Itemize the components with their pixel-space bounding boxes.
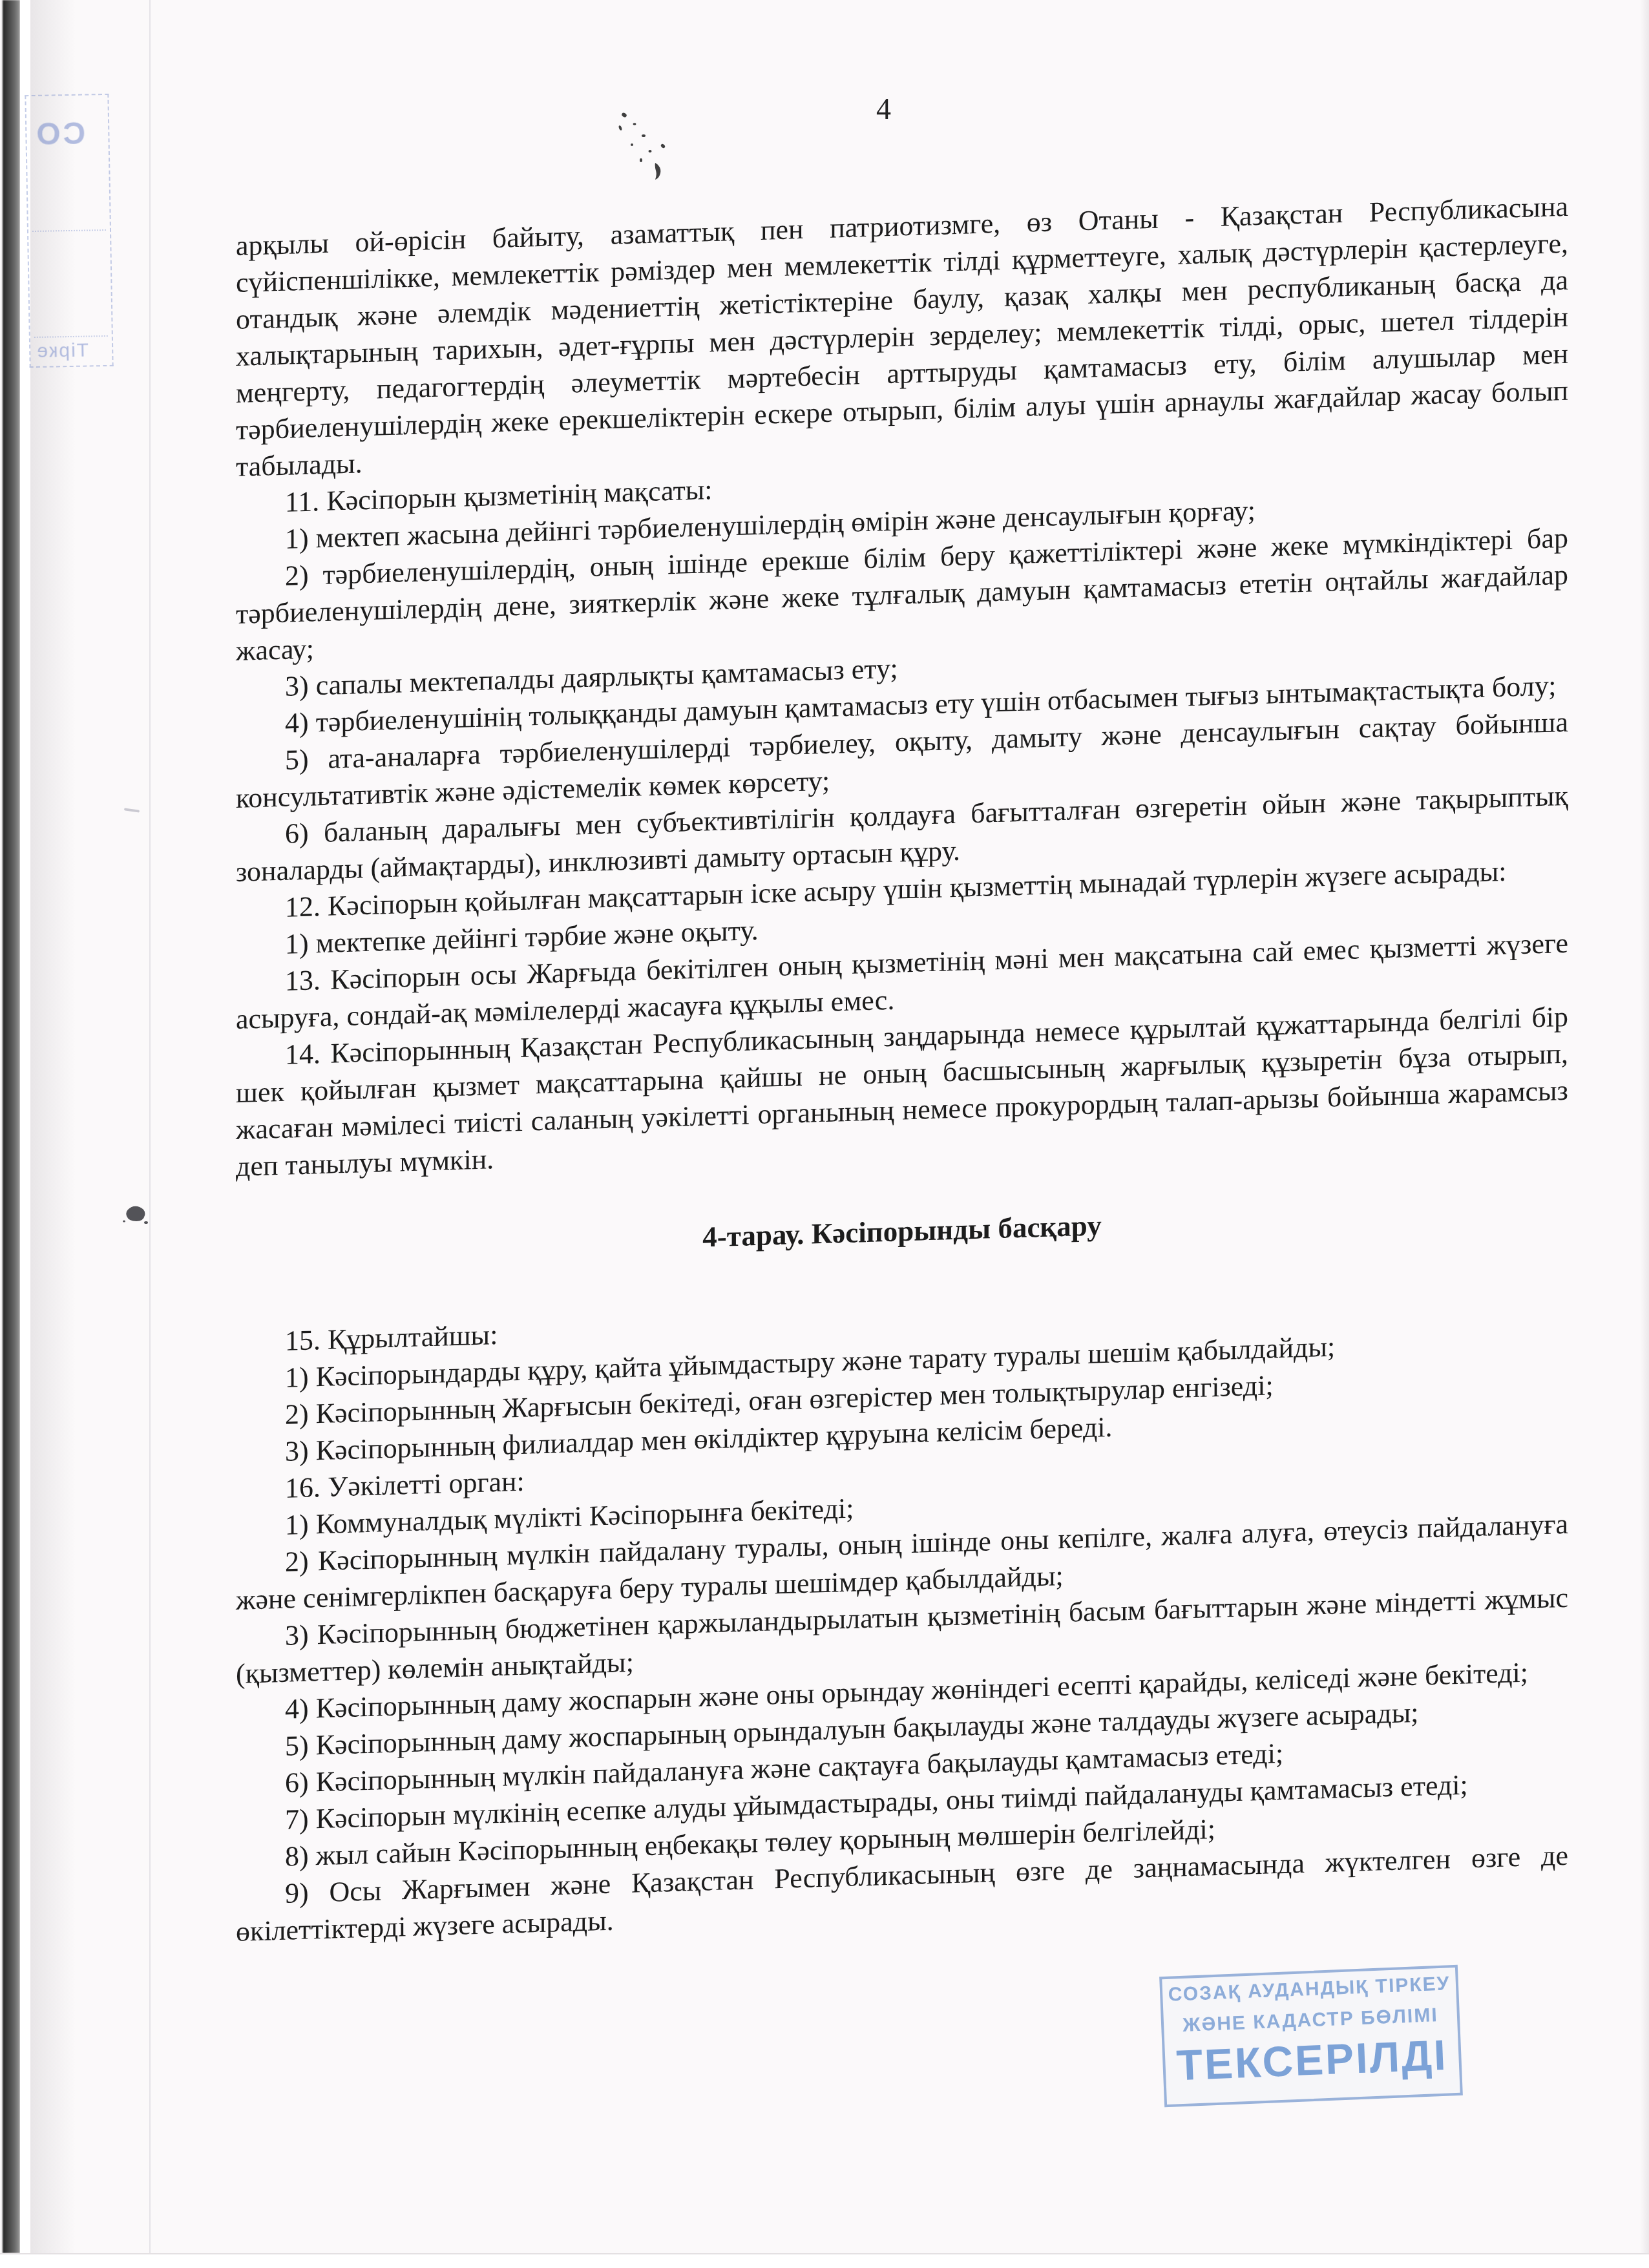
- stamp-text-line: СОЗАҚ АУДАНДЫҚ ТІРКЕУ: [1168, 1973, 1451, 2006]
- stamp-verified-text: ТЕКСЕРІЛДІ: [1175, 2030, 1448, 2090]
- page-number: 4: [876, 94, 891, 124]
- paper-right-shade: [1640, 0, 1649, 2253]
- scanned-document-page: 4 СО Тірке арқылы ой-өрісін байыту,: [0, 0, 1649, 2268]
- section-heading: 4-тарау. Кәсіпорынды басқару: [236, 1193, 1568, 1270]
- bleed-through-stamp-text: Тірке: [36, 340, 89, 362]
- ink-smudge: [613, 109, 684, 186]
- ink-blot: [119, 1197, 158, 1233]
- bleed-through-stamp: СО Тірке: [25, 94, 113, 368]
- scanner-edge-strip: [3, 0, 20, 2253]
- registration-stamp: СОЗАҚ АУДАНДЫҚ ТІРКЕУ ЖӘНЕ КАДАСТР БӨЛІМ…: [1159, 1965, 1463, 2107]
- paper-crease-line: [149, 0, 151, 2253]
- bleed-through-divider: [32, 229, 106, 232]
- scanner-bottom-edge: [0, 2253, 1649, 2268]
- pencil-mark: [124, 808, 140, 812]
- bleed-through-stamp-text: СО: [33, 116, 86, 152]
- document-text-block: арқылы ой-өрісін байыту, азаматтық пен п…: [236, 188, 1568, 1950]
- paragraph-0: арқылы ой-өрісін байыту, азаматтық пен п…: [236, 188, 1568, 485]
- bleed-through-divider: [34, 335, 108, 338]
